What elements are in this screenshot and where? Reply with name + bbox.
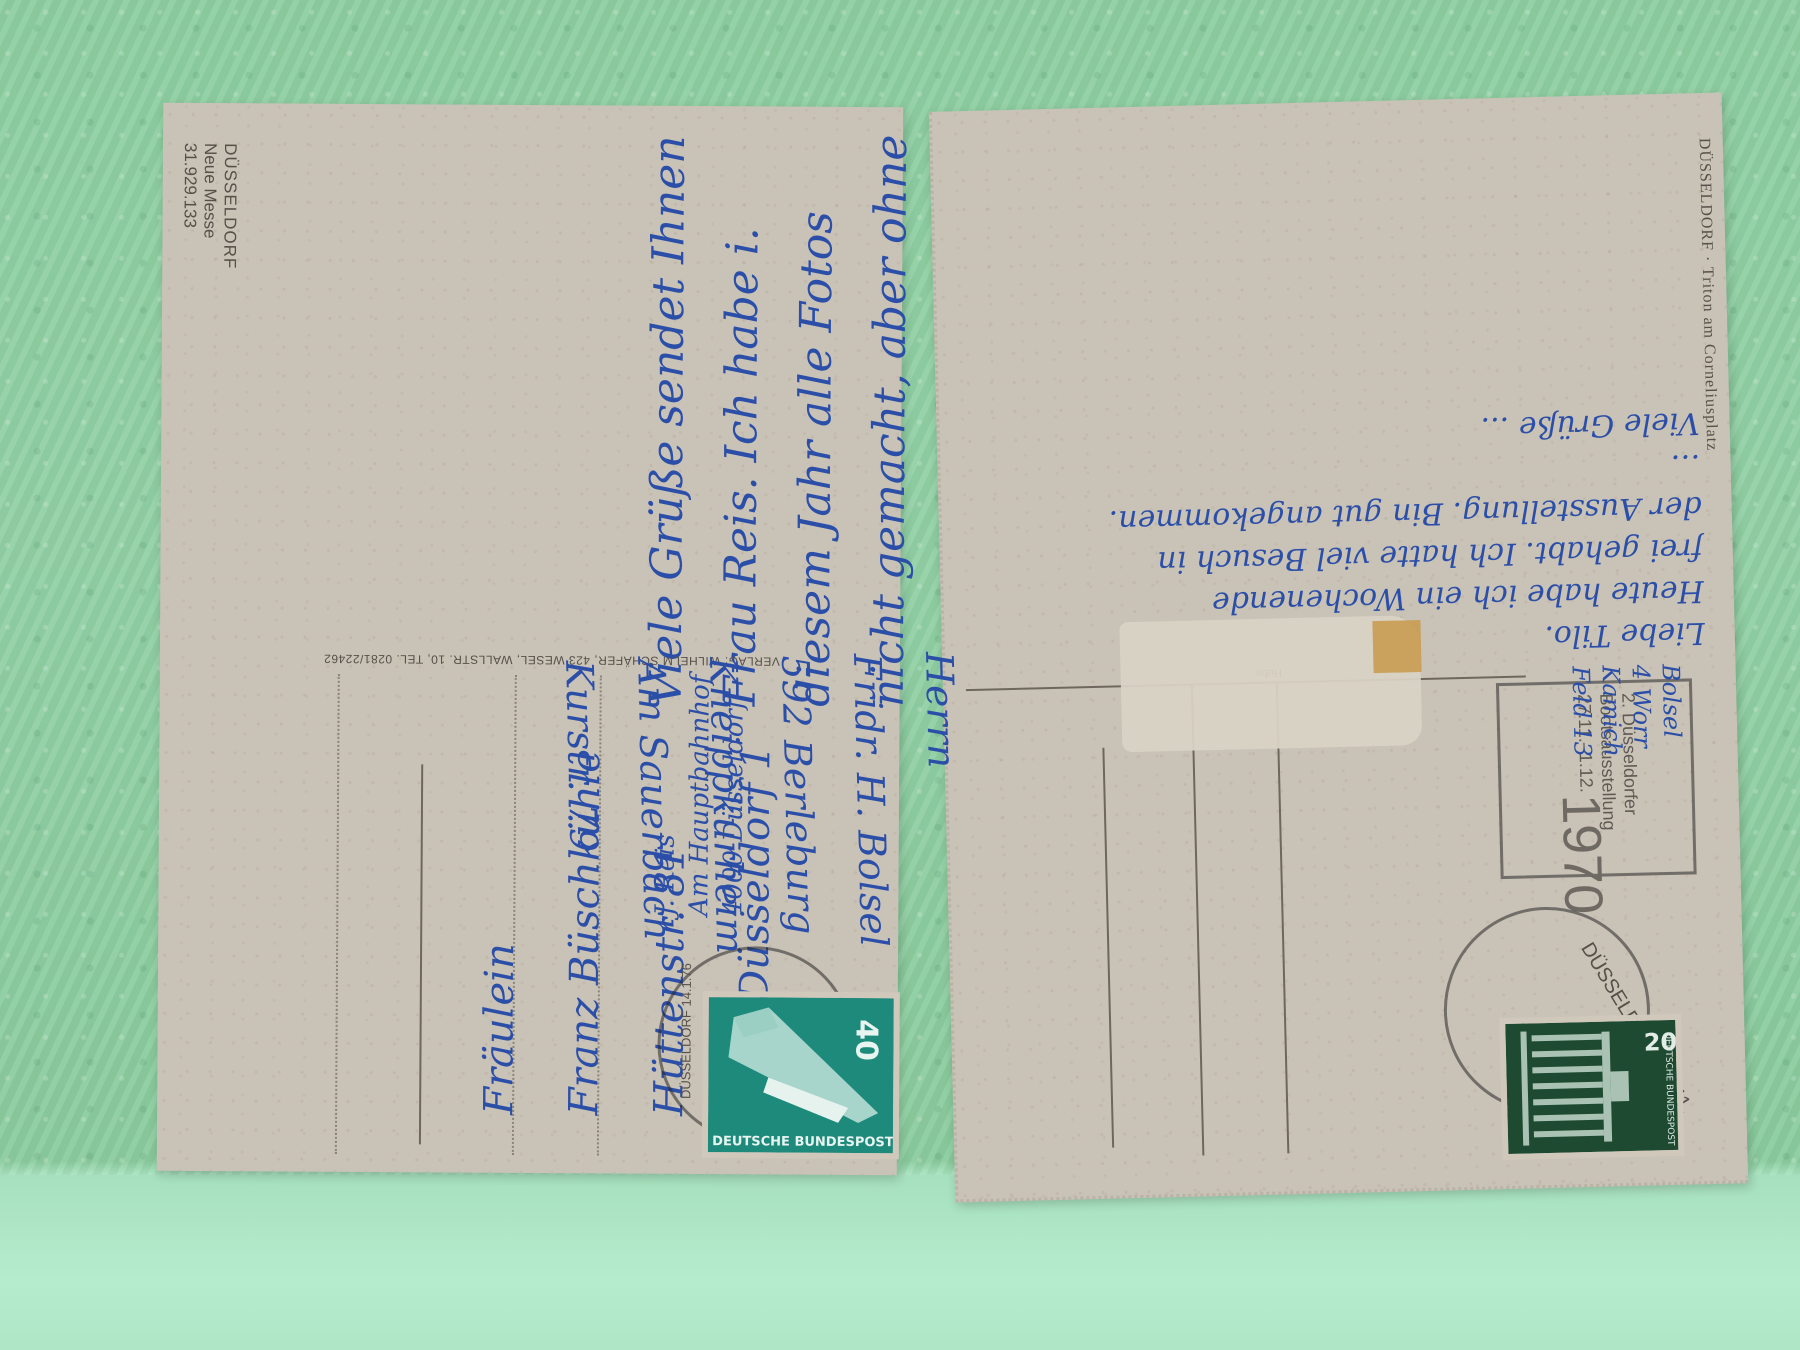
sender-line: Feld 13 — [1566, 666, 1598, 758]
postcard-left: DÜSSELDORF Neue Messe 31.929.133 Viele G… — [157, 103, 904, 1176]
message-line: nicht gemacht, aber ohne — [852, 134, 929, 707]
sender-line: Kamich — [1596, 665, 1628, 757]
address-text-line: Herrn — [903, 651, 982, 950]
green-surface — [0, 1175, 1800, 1350]
recipient-address: HerrnFridr. H. Bolsel592 BerleburgKneipp… — [543, 651, 982, 958]
tape-residue — [1372, 620, 1421, 673]
address-text-line: Am Sauerbach — [615, 658, 694, 957]
sender-line: 4 Worr — [1626, 664, 1658, 756]
postage-stamp-40: DEUTSCHE BUNDESPOST 40 — [702, 991, 900, 1159]
address-text-line: Fräulein — [457, 743, 544, 1115]
message-line: Frau Reis. Ich habe i. — [704, 134, 781, 707]
address-line — [335, 674, 340, 1154]
address-text-line: Kurstr. 79 — [543, 660, 622, 959]
address-text-line: Kneippkurheim — [687, 656, 766, 955]
address-line — [1102, 748, 1114, 1148]
caption: Neue Messe — [199, 143, 220, 269]
city-name: DÜSSELDORF — [219, 143, 240, 269]
year-mark: 1970 — [1550, 793, 1615, 915]
address-line — [1276, 683, 1289, 1153]
catalog-number: 31.929.133 — [179, 143, 200, 269]
sender-line: Bolsel — [1656, 664, 1688, 756]
message-line: diesem Jahr alle Fotos — [778, 134, 855, 707]
space-shuttle-icon: DEUTSCHE BUNDESPOST 40 — [708, 997, 894, 1153]
brandenburg-gate-icon: 20 DEUTSCHE BUNDESPOST — [1505, 1020, 1678, 1154]
address-line — [1191, 686, 1204, 1156]
address-text-line: Fridr. H. Bolsel — [831, 653, 910, 952]
message-line: Viele Grüße sendet Ihnen — [630, 133, 707, 706]
printed-caption: DÜSSELDORF Neue Messe 31.929.133 — [179, 143, 240, 270]
postage-stamp-20: 20 DEUTSCHE BUNDESPOST — [1499, 1014, 1684, 1160]
sender-note: Bolsel4 WorrKamichFeld 13 — [1566, 664, 1688, 758]
postcard-right: DÜSSELDORF · Triton am Corneliusplatz Li… — [929, 92, 1748, 1202]
address-line — [419, 764, 423, 1144]
address-text-line: 592 Berleburg — [759, 654, 838, 953]
svg-text:DEUTSCHE BUNDESPOST: DEUTSCHE BUNDESPOST — [712, 1134, 894, 1150]
svg-text:40: 40 — [848, 1019, 883, 1061]
